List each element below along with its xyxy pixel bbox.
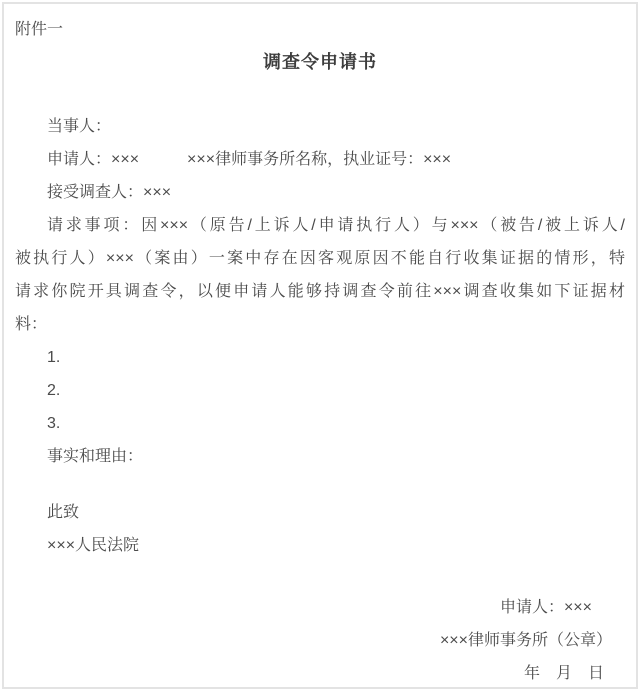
- signature-date-line: 年 月 日: [15, 657, 604, 689]
- evidence-item-1: 1.: [15, 341, 625, 374]
- request-paragraph-line-4: 料：: [15, 308, 625, 341]
- closing-block: 此致 ×××人民法院: [15, 496, 625, 562]
- document-body: 当事人： 申请人：××× ×××律师事务所名称，执业证号：××× 接受调查人：×…: [15, 110, 625, 473]
- document-title: 调查令申请书: [15, 46, 625, 79]
- request-paragraph-line-3: 请求你院开具调查令，以便申请人能够持调查令前往×××调查收集如下证据材: [15, 275, 625, 308]
- applicant-line: 申请人：××× ×××律师事务所名称，执业证号：×××: [15, 143, 625, 176]
- signature-applicant-line: 申请人：×××: [15, 591, 592, 624]
- application-document-page: 附件一 调查令申请书 当事人： 申请人：××× ×××律师事务所名称，执业证号：…: [2, 2, 638, 689]
- screenshot-root: { "document": { "attachment_label": "附件一…: [0, 0, 640, 691]
- evidence-item-3: 3.: [15, 407, 625, 440]
- court-name-line: ×××人民法院: [15, 529, 625, 562]
- party-line: 当事人：: [15, 110, 625, 143]
- request-paragraph-line-2: 被执行人）×××（案由）一案中存在因客观原因不能自行收集证据的情形，特: [15, 242, 625, 275]
- salutation-line: 此致: [15, 496, 625, 529]
- request-paragraph-line-1: 请求事项：因×××（原告/上诉人/申请执行人）与×××（被告/被上诉人/: [15, 209, 625, 242]
- signature-block: 申请人：××× ×××律师事务所（公章） 年 月 日: [15, 591, 625, 689]
- attachment-label: 附件一: [15, 13, 625, 46]
- investigatee-line: 接受调查人：×××: [15, 176, 625, 209]
- signature-firm-line: ×××律师事务所（公章）: [15, 624, 612, 657]
- evidence-item-2: 2.: [15, 374, 625, 407]
- facts-and-reasons-line: 事实和理由：: [15, 440, 625, 473]
